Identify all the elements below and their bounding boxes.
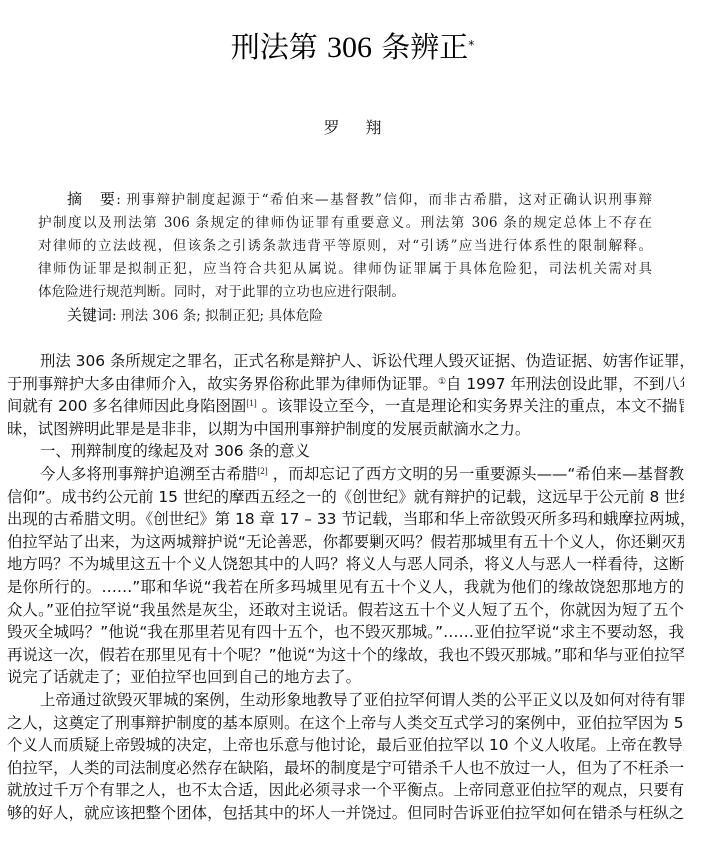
abstract-line: 对律师的立法歧视，但该条之引诱条款违背平等原则，对“引诱”应当进行体系性的限制解…: [38, 235, 652, 258]
body-line: 信仰”。成书约公元前 15 世纪的摩西五经之一的《创世纪》就有辩护的记载，这远早…: [7, 486, 684, 509]
body-line: 之人，这奠定了刑事辩护制度的基本原则。在这个上帝与人类交互式学习的案例中，亚伯拉…: [7, 712, 684, 735]
title-article-number: 306: [327, 31, 372, 64]
body-line: 说完了话就走了；亚伯拉罕也回到自己的地方去了。: [7, 666, 684, 689]
abstract-line: 体危险进行规范判断。同时，对于此罪的立功也应进行限制。: [38, 281, 652, 304]
abstract-line: 摘 要: 刑事辩护制度起源于“希伯来—基督教”信仰，而非古希腊，这对正确认识刑事…: [38, 188, 652, 212]
author-name-part-1: 罗: [323, 118, 339, 137]
body-line: 于刑事辩护大多由律师介入，故实务界俗称此罪为律师伪证罪。①自 1997 年刑法创…: [7, 373, 684, 396]
citation-ref[interactable]: [1]: [246, 398, 257, 408]
body-line: 毁灭全城吗？”他说“我在那里若见有四十五个，也不毁灭那城。”……亚伯拉罕说“求主…: [7, 621, 684, 644]
keywords-line: 关键词: 刑法 306 条; 拟制正犯; 具体危险: [38, 304, 652, 328]
keywords-list: : 刑法 306 条; 拟制正犯; 具体危险: [112, 308, 323, 324]
abstract-label: 摘 要: [67, 190, 116, 208]
title-text-suffix: 条辨正: [372, 30, 468, 64]
body-line: 够的好人，就应该把整个团体，包括其中的坏人一并饶过。但同时告诉亚伯拉罕如何在错杀…: [7, 802, 684, 825]
abstract-line: 护制度以及刑法第 306 条规定的律师伪证罪有重要意义。刑法第 306 条的规定…: [38, 212, 652, 235]
body-line: 出现的古希腊文明。《创世纪》第 18 章 17 – 33 节记载，当耶和华上帝欲…: [7, 508, 684, 531]
body-line: 伯拉罕站了出来，为这两城辩护说“无论善恶，你都要剿灭吗？假若那城里有五十个义人，…: [7, 531, 684, 554]
footnote-ref[interactable]: ①: [438, 376, 446, 386]
author-byline: 罗翔: [0, 117, 705, 139]
article-title: 刑法第 306 条辨正*: [0, 28, 705, 67]
keywords-label: 关键词: [67, 306, 112, 324]
author-name-part-2: 翔: [366, 118, 382, 137]
citation-ref[interactable]: [2]: [257, 466, 268, 476]
title-text-prefix: 刑法第: [231, 30, 327, 64]
body-line: 众人。”亚伯拉罕说“我虽然是灰尘，还敢对主说话。假若这五十个义人短了五个，你就因…: [7, 599, 684, 622]
body-line: 就放过千万个有罪之人，也不太合适，因此必须寻求一个平衡点。上帝同意亚伯拉罕的观点…: [7, 779, 684, 802]
article-body: 刑法 306 条所规定之罪名，正式名称是辩护人、诉讼代理人毁灭证据、伪造证据、妨…: [7, 350, 684, 824]
abstract-line: 律师伪证罪是拟制正犯，应当符合共犯从属说。律师伪证罪属于具体危险犯，司法机关需对…: [38, 258, 652, 281]
abstract-block: 摘 要: 刑事辩护制度起源于“希伯来—基督教”信仰，而非古希腊，这对正确认识刑事…: [38, 188, 652, 328]
title-footnote-marker[interactable]: *: [468, 38, 474, 52]
body-line: 上帝通过欲毁灭罪城的案例，生动形象地教导了亚伯拉罕何谓人类的公平正义以及如何对待…: [7, 689, 684, 712]
body-line: 间就有 200 多名律师因此身陷囹圄[1] 。该罪设立至今，一直是理论和实务界关…: [7, 395, 684, 418]
body-line: 昧，试图辨明此罪是是非非，以期为中国刑事辩护制度的发展贡献滴水之力。: [7, 418, 684, 441]
body-line: 伯拉罕，人类的司法制度必然存在缺陷，最坏的制度是宁可错杀千人也不放过一人，但为了…: [7, 757, 684, 780]
body-line: 刑法 306 条所规定之罪名，正式名称是辩护人、诉讼代理人毁灭证据、伪造证据、妨…: [7, 350, 684, 373]
body-line: 是你所行的。……”耶和华说“我若在所多玛城里见有五十个义人，我就为他们的缘故饶恕…: [7, 576, 684, 599]
body-line: 再说这一次，假若在那里见有十个呢？”他说“为这十个的缘故，我也不毁灭那城。”耶和…: [7, 644, 684, 667]
body-line: 今人多将刑事辩护追溯至古希腊[2] ，而却忘记了西方文明的另一重要源头——“希伯…: [7, 463, 684, 486]
body-line: 地方吗？不为城里这五十个义人饶恕其中的人吗？将义人与恶人同杀，将义人与恶人一样看…: [7, 553, 684, 576]
body-line: 个义人而质疑上帝毁城的决定，上帝也乐意与他讨论，最后亚伯拉罕以 10 个义人收尾…: [7, 734, 684, 757]
section-heading: 一、刑辩制度的缘起及对 306 条的意义: [7, 440, 684, 463]
